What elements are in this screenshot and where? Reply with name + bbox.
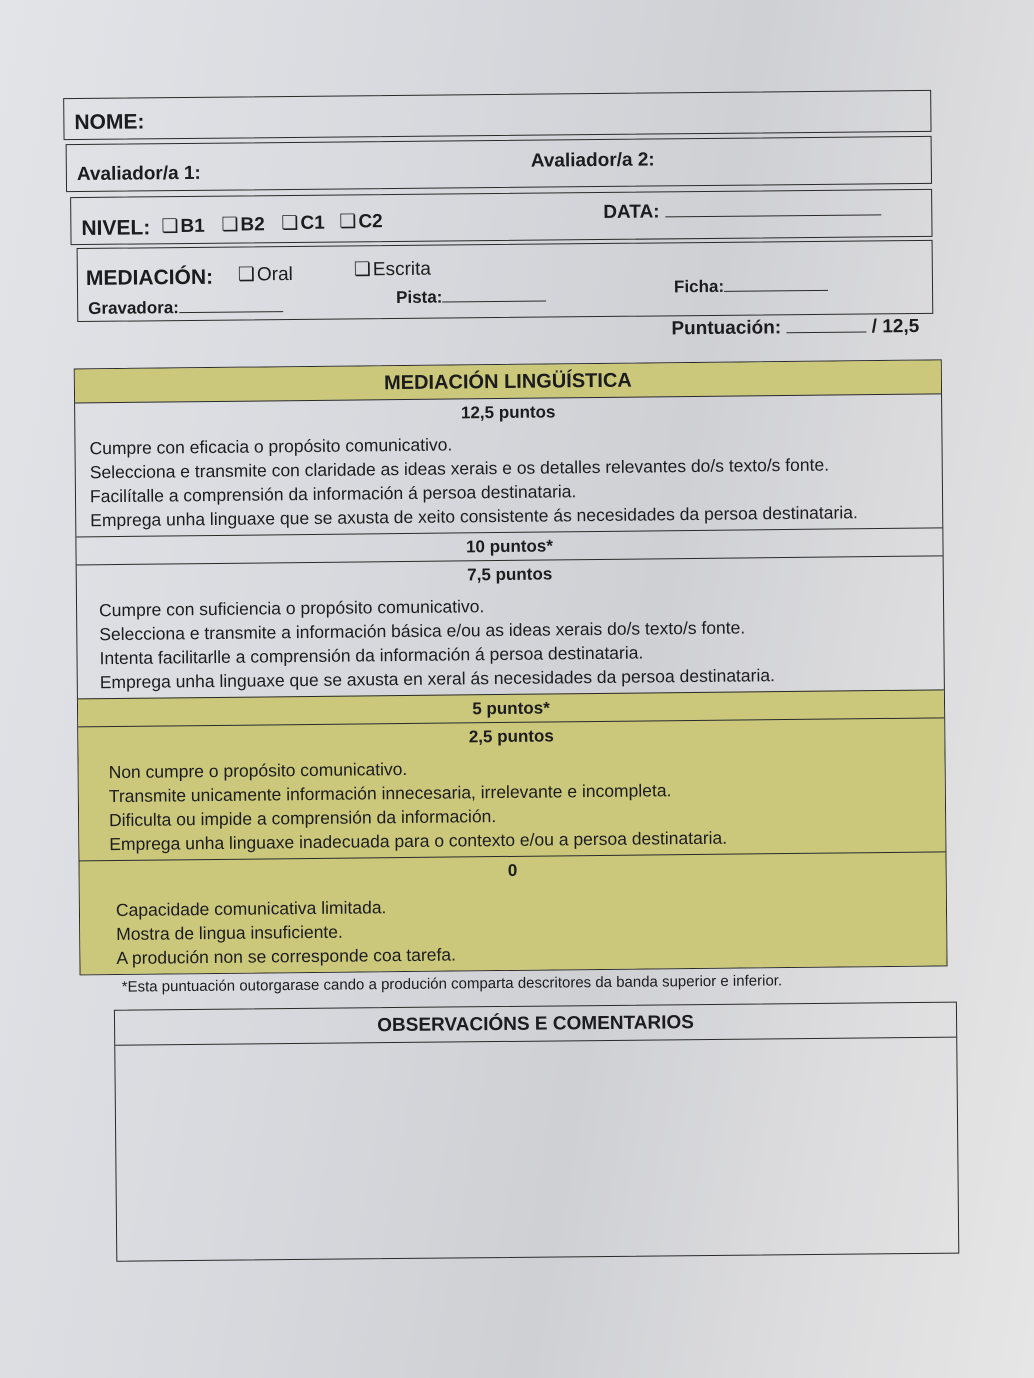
checkbox-icon[interactable]: ❏ xyxy=(238,264,255,285)
band-descriptors: Cumpre con eficacia o propósito comunica… xyxy=(75,421,942,536)
checkbox-icon[interactable]: ❏ xyxy=(354,259,371,280)
puntuacion-max: / 12,5 xyxy=(872,316,920,337)
rubric-table: MEDIACIÓN LINGÜÍSTICA 12,5 puntos Cumpre… xyxy=(74,359,948,975)
nivel-label-text: NIVEL: xyxy=(81,216,150,240)
checkbox-icon[interactable]: ❏ xyxy=(281,213,298,234)
avaliadores-field[interactable]: Avaliador/a 1: Avaliador/a 2: xyxy=(66,136,932,192)
nivel-field: NIVEL: ❏B1 ❏B2 ❏C1 ❏C2 DATA: xyxy=(70,189,932,245)
band-2-5: 2,5 puntos Non cumpre o propósito comuni… xyxy=(78,717,945,860)
data-label: DATA: xyxy=(603,199,881,224)
band-descriptors: Capacidade comunicativa limitada. Mostra… xyxy=(80,879,947,974)
nivel-option-b1[interactable]: ❏B1 xyxy=(161,215,205,238)
checkbox-icon[interactable]: ❏ xyxy=(221,214,238,235)
gravadora-field[interactable]: Gravadora: xyxy=(88,297,283,319)
mediacion-option-label: Oral xyxy=(257,264,293,285)
puntuacion-label: Puntuación: xyxy=(671,317,781,339)
band-descriptors: Cumpre con suficiencia o propósito comun… xyxy=(77,583,944,698)
checkbox-icon[interactable]: ❏ xyxy=(339,211,356,232)
nivel-label: NIVEL: xyxy=(81,216,150,241)
mediacion-option-label: Escrita xyxy=(373,259,431,281)
band-12-5: 12,5 puntos Cumpre con eficacia o propós… xyxy=(75,393,942,536)
pista-input-line[interactable] xyxy=(442,300,546,303)
observations-box: OBSERVACIÓNS E COMENTARIOS xyxy=(114,1002,959,1262)
nivel-option-c1[interactable]: ❏C1 xyxy=(281,212,325,235)
puntuacion-input-line[interactable] xyxy=(786,330,866,333)
avaliador2-label: Avaliador/a 2: xyxy=(531,149,655,172)
nivel-option-label: C2 xyxy=(358,211,382,232)
gravadora-input-line[interactable] xyxy=(179,310,283,313)
mediacion-field: MEDIACIÓN: ❏Oral ❏Escrita Gravadora: Pis… xyxy=(77,240,934,322)
checkbox-icon[interactable]: ❏ xyxy=(161,216,178,237)
band-7-5: 7,5 puntos Cumpre con suficiencia o prop… xyxy=(77,555,944,698)
mediacion-option-escrita[interactable]: ❏Escrita xyxy=(354,258,431,282)
ficha-label: Ficha: xyxy=(674,277,724,296)
band-descriptors: Non cumpre o propósito comunicativo. Tra… xyxy=(78,745,945,860)
avaliador1-label: Avaliador/a 1: xyxy=(77,163,201,186)
nivel-option-label: B1 xyxy=(180,216,204,237)
nivel-option-c2[interactable]: ❏C2 xyxy=(339,210,383,233)
puntuacion-field[interactable]: Puntuación: / 12,5 xyxy=(671,316,919,340)
mediacion-option-oral[interactable]: ❏Oral xyxy=(238,263,293,287)
nivel-option-label: C1 xyxy=(300,213,324,234)
data-input-line[interactable] xyxy=(665,213,881,217)
ficha-input-line[interactable] xyxy=(724,289,828,292)
mediacion-label: MEDIACIÓN: xyxy=(86,266,213,291)
band-0: 0 Capacidade comunicativa limitada. Most… xyxy=(79,851,946,974)
pista-label: Pista: xyxy=(396,288,442,307)
nivel-option-label: B2 xyxy=(240,214,264,235)
ficha-field[interactable]: Ficha: xyxy=(674,276,828,297)
pista-field[interactable]: Pista: xyxy=(396,287,546,308)
gravadora-label: Gravadora: xyxy=(88,298,179,318)
footnote: *Esta puntuación outorgarase cando a pro… xyxy=(122,972,783,995)
nome-field[interactable]: NOME: xyxy=(63,90,931,140)
exam-sheet: NOME: Avaliador/a 1: Avaliador/a 2: NIVE… xyxy=(0,0,1034,1378)
observations-area[interactable] xyxy=(115,1038,958,1256)
nome-label: NOME: xyxy=(74,110,144,135)
nivel-option-b2[interactable]: ❏B2 xyxy=(221,213,265,236)
data-label-text: DATA: xyxy=(603,201,659,223)
